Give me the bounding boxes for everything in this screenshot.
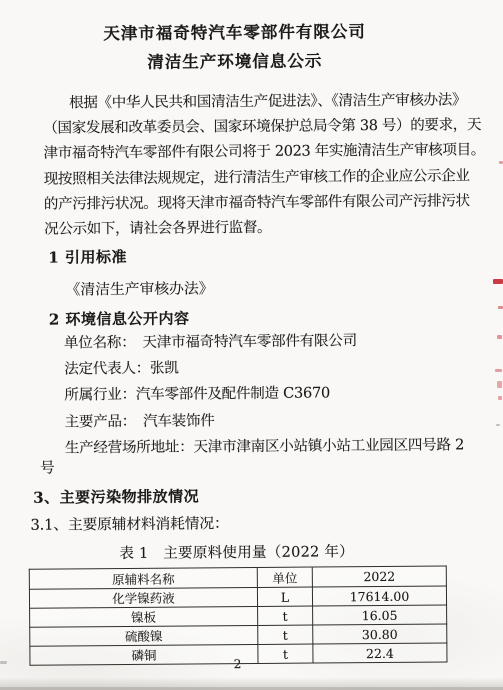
company-info-list: 单位名称： 天津市福奇特汽车零部件有限公司 法定代表人：张凯 所属行业：汽车零部… bbox=[64, 327, 464, 461]
industry-line: 所属行业：汽车零部件及配件制造 C3670 bbox=[64, 380, 463, 409]
section-3-heading: 3、主要污染物排放情况 bbox=[33, 485, 199, 507]
cell-amount: 17614.00 bbox=[312, 586, 446, 606]
gray-edge-speck bbox=[496, 424, 500, 426]
cell-amount: 16.05 bbox=[313, 605, 447, 625]
red-ink-edge-mark bbox=[499, 161, 503, 164]
gray-edge-speck bbox=[0, 661, 7, 664]
scanned-content: 天津市福奇特汽车零部件有限公司 清洁生产环境信息公示 根据《中华人民共和国清洁生… bbox=[0, 0, 503, 690]
red-ink-edge-mark bbox=[495, 369, 502, 372]
red-ink-edge-mark bbox=[497, 335, 502, 339]
document-title-line2: 清洁生产环境信息公示 bbox=[0, 46, 470, 74]
intro-line: 况公示如下，请社会各界进行监督。 bbox=[44, 213, 474, 242]
intro-line: 根据《中华人民共和国清洁生产促进法》、《清洁生产审核办法》 bbox=[43, 87, 473, 116]
raw-materials-table-wrap: 原辅料名称 单位 2022 化学镍药液 L 17614.00 镍板 t 16.0… bbox=[29, 565, 448, 665]
table-caption: 表 1 主要原料使用量（2022 年） bbox=[4, 539, 470, 564]
section-1-heading: 1 引用标准 bbox=[48, 246, 127, 268]
cell-unit: t bbox=[258, 625, 313, 644]
section-3-1-heading: 3.1、主要原辅材料消耗情况： bbox=[30, 512, 228, 535]
cell-amount: 30.80 bbox=[313, 624, 447, 644]
cell-unit: L bbox=[257, 587, 312, 606]
header-year-2022: 2022 bbox=[312, 566, 446, 587]
raw-materials-table: 原辅料名称 单位 2022 化学镍药液 L 17614.00 镍板 t 16.0… bbox=[29, 565, 448, 665]
red-ink-edge-mark bbox=[498, 396, 502, 400]
intro-line: 现按照相关法律法规规定，进行清洁生产审核工作的企业应公示企业 bbox=[44, 163, 474, 192]
cell-material: 硫酸镍 bbox=[30, 625, 258, 646]
header-unit: 单位 bbox=[257, 567, 312, 587]
red-ink-edge-mark bbox=[493, 279, 503, 284]
intro-line: 的产污排污状况。现将天津市福奇特汽车零部件有限公司产污排污状 bbox=[44, 188, 474, 217]
address-line-continuation: 号 bbox=[40, 457, 55, 478]
document-page: 天津市福奇特汽车零部件有限公司 清洁生产环境信息公示 根据《中华人民共和国清洁生… bbox=[0, 0, 503, 690]
intro-paragraph: 根据《中华人民共和国清洁生产促进法》、《清洁生产审核办法》 （国家发展和改革委员… bbox=[43, 87, 474, 241]
address-line: 生产经营场所地址：天津市津南区小站镇小站工业园区四号路 2 bbox=[65, 432, 464, 461]
section-2-heading: 2 环境信息公开内容 bbox=[49, 307, 190, 329]
intro-line: 津市福奇特汽车零部件有限公司将于 2023 年实施清洁生产审核项目。 bbox=[43, 138, 473, 167]
page-number: 2 bbox=[4, 655, 470, 673]
legal-representative-line: 法定代表人：张凯 bbox=[64, 354, 463, 383]
company-name-line: 单位名称： 天津市福奇特汽车零部件有限公司 bbox=[64, 327, 463, 356]
section-1-body: 《清洁生产审核办法》 bbox=[65, 277, 213, 299]
document-title-line1: 天津市福奇特汽车零部件有限公司 bbox=[0, 17, 470, 45]
cell-material: 化学镍药液 bbox=[29, 587, 257, 608]
main-product-line: 主要产品： 汽车装饰件 bbox=[64, 406, 463, 435]
red-ink-edge-mark bbox=[498, 306, 503, 309]
intro-line: （国家发展和改革委员会、国家环境保护总局令第 38 号）的要求，天 bbox=[43, 112, 473, 141]
red-ink-edge-mark bbox=[497, 381, 502, 388]
cell-unit: t bbox=[258, 606, 313, 625]
cell-material: 镍板 bbox=[30, 606, 258, 627]
header-material-name: 原辅料名称 bbox=[29, 567, 257, 589]
